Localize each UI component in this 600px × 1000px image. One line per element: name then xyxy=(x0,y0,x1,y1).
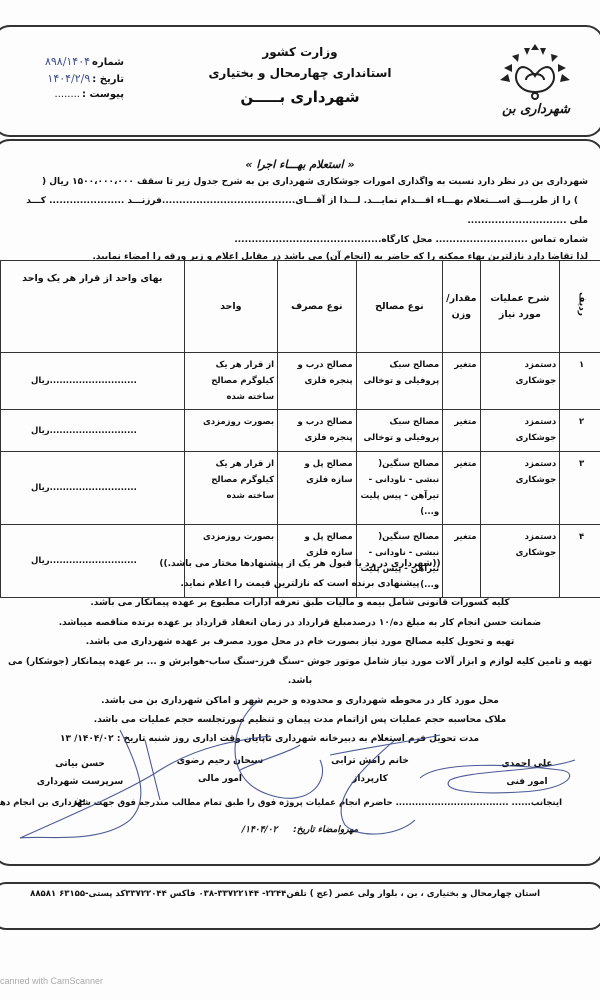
term-item: تهیه و تحویل کلیه مصالح مورد نیاز بصورت … xyxy=(0,633,600,653)
term-item: ملاک محاسبه حجم عملیات پس ازاتمام مدت پی… xyxy=(0,711,600,731)
header-material: نوع مصالح xyxy=(356,261,443,353)
letter-attachment: پیوست : ........ xyxy=(4,89,124,106)
signatory-name: خانم رامش ترابی xyxy=(320,752,420,770)
cell-operation: دستمزد جوشکاری xyxy=(480,452,560,525)
cell-unit: از قرار هر یک کیلوگرم مصالح ساخته شده xyxy=(184,452,277,525)
letter-meta: شماره ۸۹۸/۱۴۰۴ تاریخ : ۱۴۰۴/۲/۹ پیوست : … xyxy=(4,55,124,106)
term-item: ((شهرداری در رد یا قبول هر یک از پیشنهاد… xyxy=(0,555,600,575)
submission-deadline: مدت تحویل فرم استعلام به دبیرخانه شهردار… xyxy=(60,734,479,744)
term-item: کلیه کسورات قانونی شامل بیمه و مالیات طب… xyxy=(0,594,600,614)
deadline-text: مدت تحویل فرم استعلام به دبیرخانه شهردار… xyxy=(173,734,479,744)
cell-usage: مصالح درب و پنجره فلزی xyxy=(278,410,357,452)
header-operation: شرح عملیات مورد نیاز xyxy=(480,261,560,353)
table-row: ۲ دستمزد جوشکاری متغیر مصالح سبک پروفیلی… xyxy=(1,410,600,452)
cell-qty: متغیر xyxy=(443,452,480,525)
stamp-label: مهروامضاء تاریخ: xyxy=(293,825,358,835)
signatory-role: امور فنی xyxy=(482,773,572,791)
signatory-role: کارپرداز xyxy=(320,770,420,788)
contact-workshop-field: شماره تماس ........................... م… xyxy=(234,235,588,245)
cell-material: مصالح سبک پروفیلی و توخالی xyxy=(356,353,443,410)
header-unit: واحد xyxy=(184,261,277,353)
deadline-date: ۱۴۰۴/۰۲/ ۱۳ xyxy=(60,734,114,744)
cell-price-input[interactable]: ...........................ریال xyxy=(1,410,185,452)
cell-usage: مصالح پل و سازه فلزی xyxy=(278,452,357,525)
date-label: تاریخ : xyxy=(92,74,124,85)
letterhead: وزارت کشور استانداری چهارمحال و بختیاری … xyxy=(200,42,400,110)
cell-index: ۳ xyxy=(560,452,600,525)
signatory-finance: سبحان رحیم رضوی امور مالی xyxy=(170,752,270,788)
stamp-date: ۱۴۰۴/۰۲/ xyxy=(242,825,278,835)
national-id-field: ملی ............................. xyxy=(467,216,588,226)
footer-address: استان چهارمحال و بختیاری ، بن ، بلوار ول… xyxy=(40,889,540,899)
signatory-name: علی احمدی xyxy=(482,755,572,773)
cell-unit: از قرار هر یک کیلوگرم مصالح ساخته شده xyxy=(184,353,277,410)
number-label: شماره xyxy=(92,57,124,68)
cell-price-input[interactable]: ...........................ریال xyxy=(1,452,185,525)
attachment-label: پیوست : xyxy=(82,89,124,100)
document-title: « استعلام بهـــاء اجرا » xyxy=(0,158,600,171)
cell-material: مصالح سبک پروفیلی و توخالی xyxy=(356,410,443,452)
cell-operation: دستمزد جوشکاری xyxy=(480,410,560,452)
cell-qty: متغیر xyxy=(443,410,480,452)
deadline-day: شنبه xyxy=(149,734,171,744)
cell-qty: متغیر xyxy=(443,353,480,410)
ministry-name: وزارت کشور xyxy=(200,42,400,62)
governorate-name: استانداری چهارمحال و بختیاری xyxy=(200,62,400,84)
price-inquiry-table: ردیف شرح عملیات مورد نیاز مقدار/ وزن نوع… xyxy=(0,260,600,598)
letter-number: شماره ۸۹۸/۱۴۰۴ xyxy=(4,55,124,72)
scanner-watermark: Scanned with CamScanner xyxy=(0,976,103,986)
header-usage: نوع مصرف xyxy=(278,261,357,353)
signatory-procurement: خانم رامش ترابی کارپرداز xyxy=(320,752,420,788)
letter-date: تاریخ : ۱۴۰۴/۲/۹ xyxy=(4,72,124,89)
cell-material: مصالح سنگین( نبشی - ناودانی - تیرآهن - پ… xyxy=(356,452,443,525)
cell-index: ۲ xyxy=(560,410,600,452)
table-row: ۳ دستمزد جوشکاری متغیر مصالح سنگین( نبشی… xyxy=(1,452,600,525)
cell-price-input[interactable]: ...........................ریال xyxy=(1,353,185,410)
stamp-signature-date: مهروامضاء تاریخ: ۱۴۰۴/۰۲/ xyxy=(0,825,600,835)
logo-caption: شهرداری بن xyxy=(502,102,570,117)
header-qty: مقدار/ وزن xyxy=(443,261,480,353)
intro-line-2: ) را از طریـــق اســـتعلام بهـــاء اقـــ… xyxy=(26,196,578,206)
header-index: ردیف xyxy=(560,261,600,353)
cell-operation: دستمزد جوشکاری xyxy=(480,353,560,410)
intro-line-1: شهرداری بن در نظر دارد نسبت به واگذاری ا… xyxy=(42,177,588,187)
cell-unit: بصورت روزمزدی xyxy=(184,410,277,452)
signatory-name: حسن بیاتی xyxy=(30,755,130,773)
signatory-technical: علی احمدی امور فنی xyxy=(482,755,572,791)
date-value: ۱۴۰۴/۲/۹ xyxy=(47,72,90,85)
table-row: ۱ دستمزد جوشکاری متغیر مصالح سبک پروفیلی… xyxy=(1,353,600,410)
signatory-name: سبحان رحیم رضوی xyxy=(170,752,270,770)
terms-list: ((شهرداری در رد یا قبول هر یک از پیشنهاد… xyxy=(0,555,600,731)
cell-usage: مصالح درب و پنجره فلزی xyxy=(278,353,357,410)
header-price: بهای واحد از قرار هر یک واحد xyxy=(1,261,185,353)
table-header-row: ردیف شرح عملیات مورد نیاز مقدار/ وزن نوع… xyxy=(1,261,600,353)
signatory-role: امور مالی xyxy=(170,770,270,788)
number-value: ۸۹۸/۱۴۰۴ xyxy=(45,55,90,68)
attachment-value: ........ xyxy=(55,89,80,100)
lotus-emblem-icon xyxy=(490,40,580,102)
term-item: تهیه و تامین کلیه لوازم و ابزار آلات مور… xyxy=(0,653,600,692)
contractor-declaration: اینجانب...... ..........................… xyxy=(0,798,562,808)
municipality-name: شهرداری بـــــن xyxy=(200,84,400,110)
term-item: ضمانت حسن انجام کار به مبلغ ده/۱۰ درصدمب… xyxy=(0,614,600,634)
deadline-date-label: تاریخ : xyxy=(117,734,146,744)
cell-index: ۱ xyxy=(560,353,600,410)
term-item: محل مورد کار در محوطه شهرداری و محدوده و… xyxy=(0,692,600,712)
term-item: پیشنهادی برنده است که نازلترین قیمت را ا… xyxy=(0,575,600,595)
